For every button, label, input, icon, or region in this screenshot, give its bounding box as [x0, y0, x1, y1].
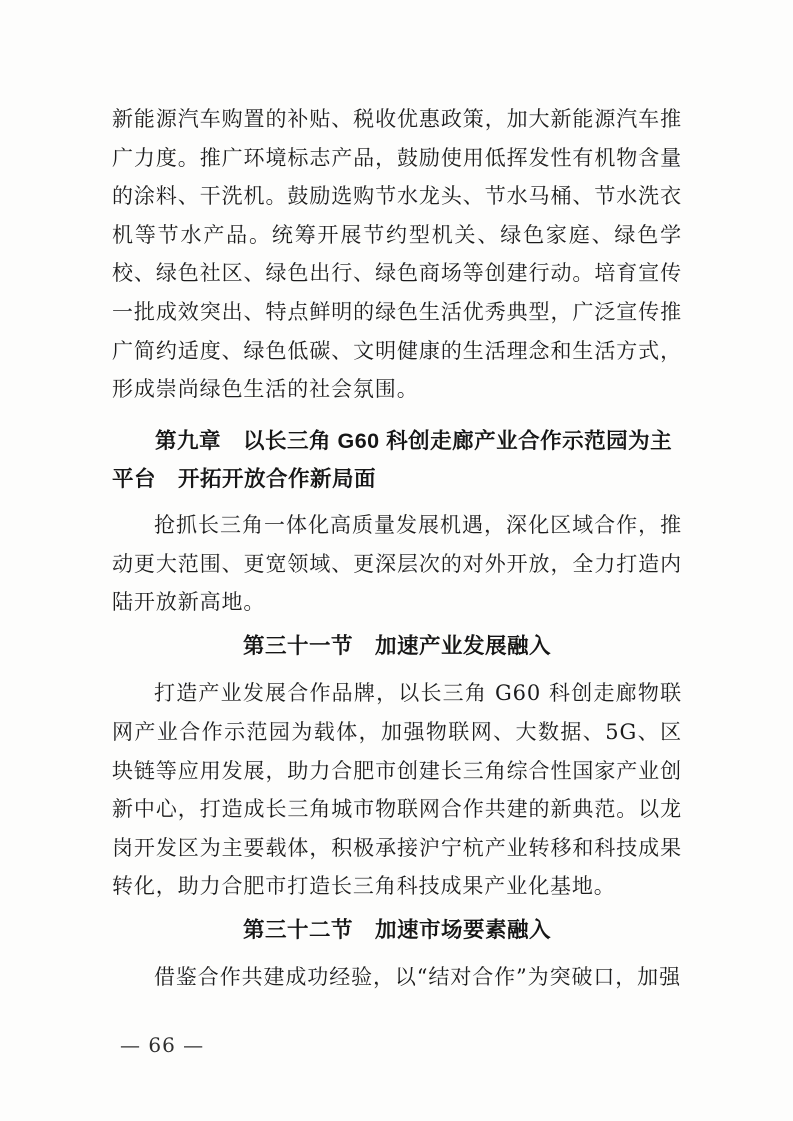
section-31-heading: 第三十一节 加速产业发展融入: [112, 627, 682, 666]
chapter-9-heading: 第九章 以长三角 G60 科创走廊产业合作示范园为主 平台 开拓开放合作新局面: [112, 422, 682, 499]
paragraph-market-elements: 借鉴合作共建成功经验，以“结对合作”为突破口，加强: [112, 958, 682, 997]
chapter-9-heading-line-1: 第九章 以长三角 G60 科创走廊产业合作示范园为主: [112, 422, 682, 461]
chapter-9-heading-line-2: 平台 开拓开放合作新局面: [112, 460, 682, 499]
page-number: — 66 —: [120, 1033, 204, 1057]
paragraph-industry-integration: 打造产业发展合作品牌，以长三角 G60 科创走廊物联网产业合作示范园为载体，加强…: [112, 674, 682, 906]
document-page: 新能源汽车购置的补贴、税收优惠政策，加大新能源汽车推广力度。推广环境标志产品，鼓…: [0, 0, 793, 1121]
page-footer: — 66 —: [120, 1032, 204, 1058]
section-32-heading: 第三十二节 加速市场要素融入: [112, 911, 682, 950]
paragraph-green-lifestyle: 新能源汽车购置的补贴、税收优惠政策，加大新能源汽车推广力度。推广环境标志产品，鼓…: [112, 100, 682, 409]
paragraph-regional-cooperation: 抢抓长三角一体化高质量发展机遇，深化区域合作，推动更大范围、更宽领域、更深层次的…: [112, 506, 682, 622]
page-content: 新能源汽车购置的补贴、税收优惠政策，加大新能源汽车推广力度。推广环境标志产品，鼓…: [112, 0, 682, 997]
